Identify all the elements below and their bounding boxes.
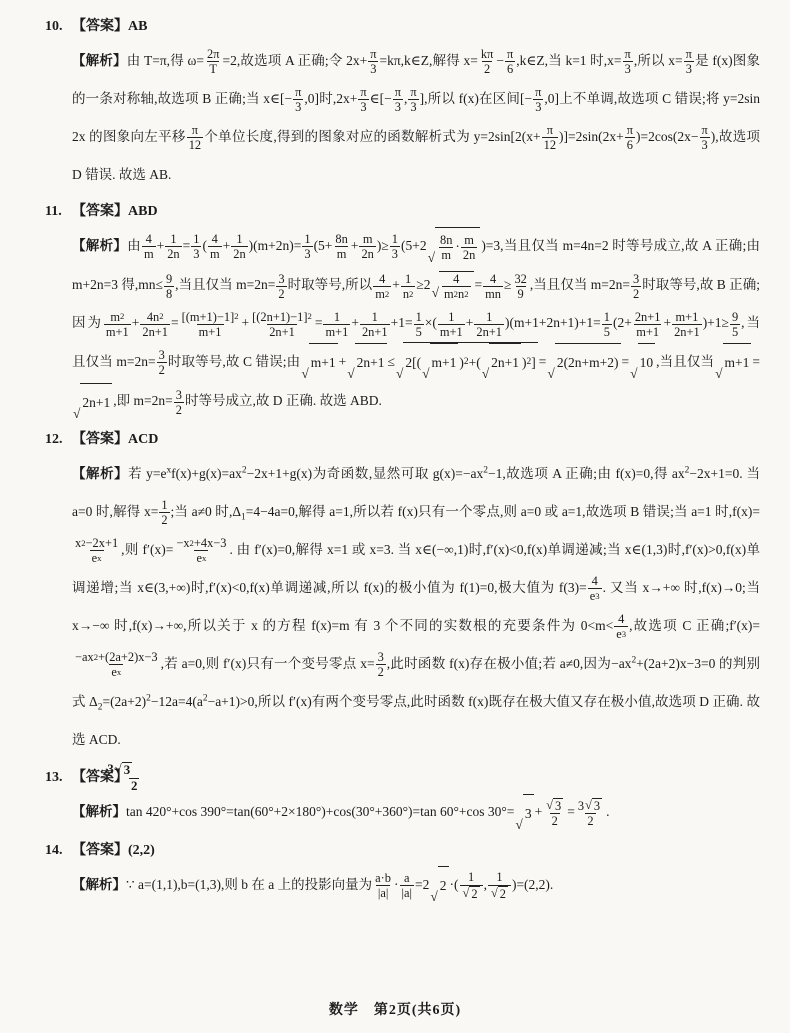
item-number: 11. (45, 197, 72, 227)
answer-item-14: 14.【答案】(2,2) 【解析】∵ a=(1,1),b=(1,3),则 b 在… (72, 836, 760, 905)
answer-value: AB (128, 19, 147, 34)
answer-label: 【答案】 (72, 843, 128, 858)
answer-item-13: 13.【答案】3√32 【解析】tan 420°+cos 390°=tan(60… (72, 762, 760, 833)
analysis-label: 【解析】 (72, 238, 127, 253)
analysis-paragraph: 【解析】∵ a=(1,1),b=(1,3),则 b 在 a 上的投影向量为a·b… (72, 866, 760, 905)
item-head: 11.【答案】ABD (72, 197, 760, 227)
page-footer: 数学 第2页(共6页) (0, 999, 790, 1019)
analysis-content: tan 420°+cos 390°=tan(60°+2×180°)+cos(30… (126, 804, 609, 819)
answer-item-12: 12.【答案】ACD 【解析】若 y=exf(x)+g(x)=ax2−2x+1+… (72, 425, 760, 759)
answer-value: ACD (128, 432, 158, 447)
analysis-paragraph: 【解析】由 T=π,得 ω=2πT=2,故选项 A 正确;令 2x+π3=kπ,… (72, 42, 760, 194)
answer-value: ABD (128, 204, 158, 219)
item-number: 14. (45, 836, 72, 866)
answer-label: 【答案】 (72, 204, 128, 219)
analysis-content: ∵ a=(1,1),b=(1,3),则 b 在 a 上的投影向量为a·b|a|·… (126, 877, 553, 892)
answer-item-11: 11.【答案】ABD 【解析】由4m+12n=13(4m+12n)(m+2n)=… (72, 197, 760, 422)
analysis-paragraph: 【解析】若 y=exf(x)+g(x)=ax2−2x+1+g(x)为奇函数,显然… (72, 455, 760, 759)
item-number: 13. (45, 763, 72, 793)
item-head: 12.【答案】ACD (72, 425, 760, 455)
answer-value: 3√32 (128, 770, 140, 785)
answer-value: (2,2) (128, 843, 155, 858)
analysis-label: 【解析】 (72, 877, 126, 892)
analysis-label: 【解析】 (72, 466, 128, 481)
answer-label: 【答案】 (72, 19, 128, 34)
item-head: 14.【答案】(2,2) (72, 836, 760, 866)
item-head: 13.【答案】3√32 (72, 762, 760, 794)
answer-label: 【答案】 (72, 432, 128, 447)
analysis-label: 【解析】 (72, 804, 126, 819)
analysis-content: 由 T=π,得 ω=2πT=2,故选项 A 正确;令 2x+π3=kπ,k∈Z,… (72, 53, 760, 182)
analysis-paragraph: 【解析】由4m+12n=13(4m+12n)(m+2n)=13(5+8nm+m2… (72, 227, 760, 422)
item-number: 12. (45, 425, 72, 455)
analysis-label: 【解析】 (72, 53, 127, 68)
answer-key-page: 10.【答案】AB 【解析】由 T=π,得 ω=2πT=2,故选项 A 正确;令… (0, 0, 790, 1033)
analysis-content: 若 y=exf(x)+g(x)=ax2−2x+1+g(x)为奇函数,显然可取 g… (72, 466, 760, 747)
analysis-paragraph: 【解析】tan 420°+cos 390°=tan(60°+2×180°)+co… (72, 793, 760, 832)
item-number: 10. (45, 12, 72, 42)
answer-item-10: 10.【答案】AB 【解析】由 T=π,得 ω=2πT=2,故选项 A 正确;令… (72, 12, 760, 194)
item-head: 10.【答案】AB (72, 12, 760, 42)
analysis-content: 由4m+12n=13(4m+12n)(m+2n)=13(5+8nm+m2n)≥1… (72, 238, 760, 408)
